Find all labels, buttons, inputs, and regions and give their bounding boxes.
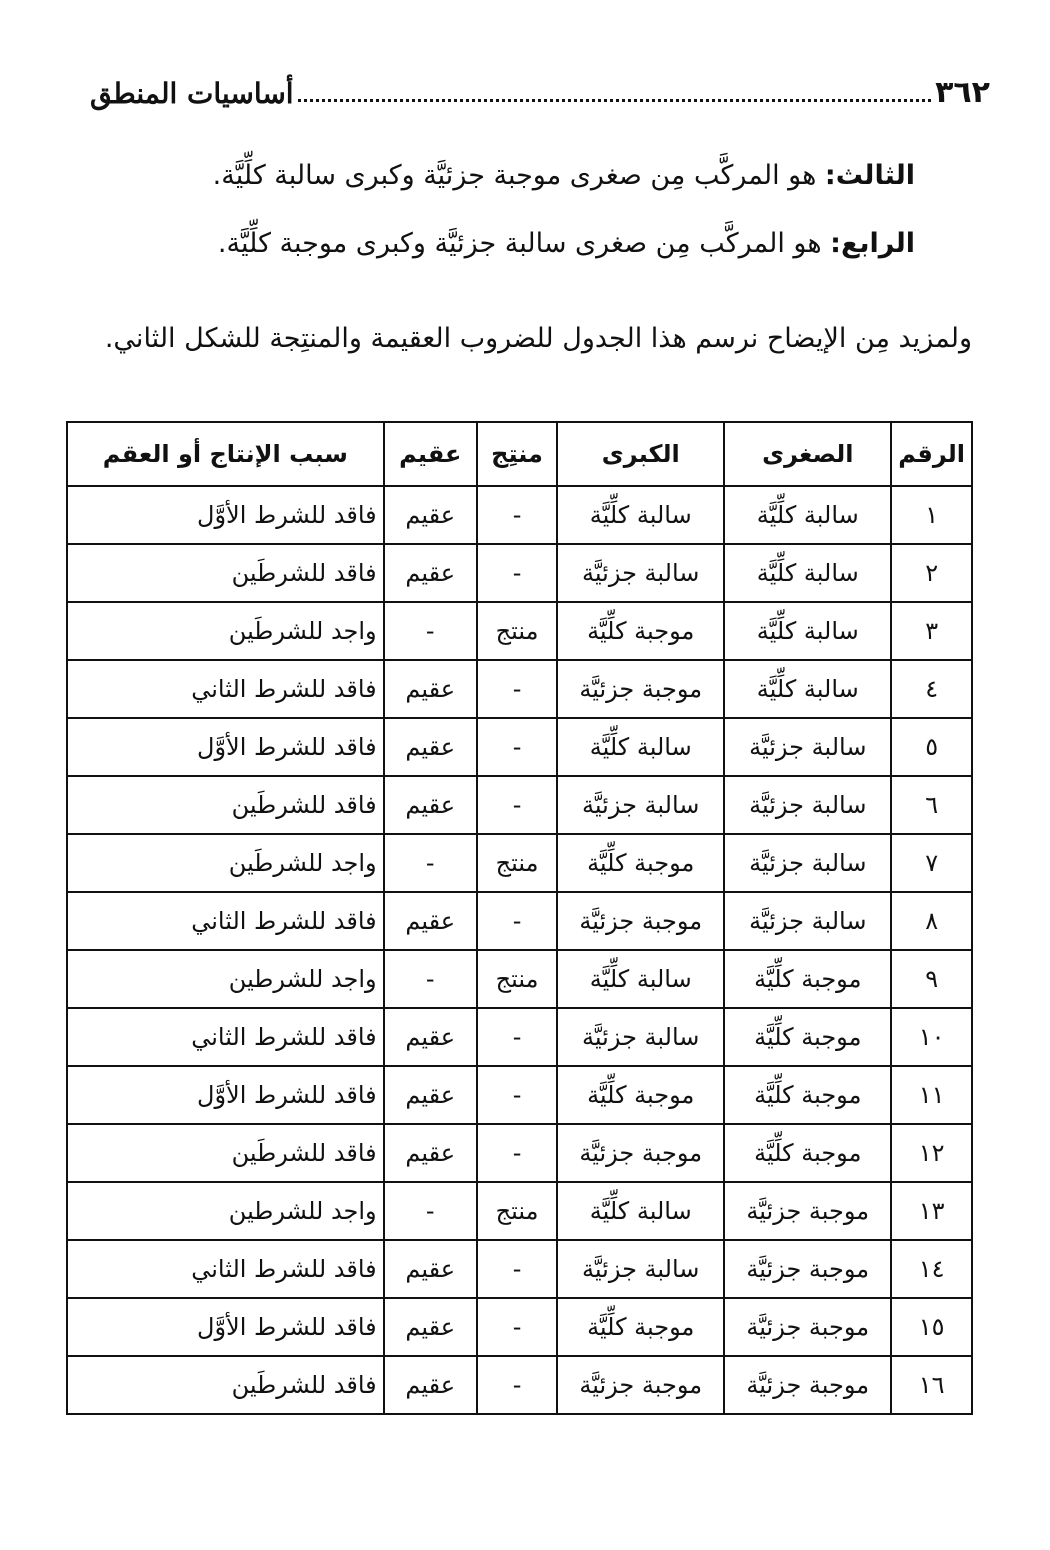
cell-number: ١ xyxy=(891,486,972,544)
cell-reason: فاقد للشرط الثاني xyxy=(67,660,384,718)
cell-major: سالبة جزئيَّة xyxy=(557,1008,724,1066)
cell-productive: - xyxy=(477,1356,557,1414)
table-row: ٤سالبة كلِّيَّةموجبة جزئيَّة-عقيمفاقد لل… xyxy=(67,660,972,718)
cell-minor: موجبة كلِّيَّة xyxy=(724,1008,891,1066)
cell-barren: عقيم xyxy=(384,1356,477,1414)
cell-barren: عقيم xyxy=(384,544,477,602)
table-row: ١سالبة كلِّيَّةسالبة كلِّيَّة-عقيمفاقد ل… xyxy=(67,486,972,544)
cell-reason: فاقد للشرط الثاني xyxy=(67,892,384,950)
cell-major: موجبة جزئيَّة xyxy=(557,660,724,718)
table-row: ١٠موجبة كلِّيَّةسالبة جزئيَّة-عقيمفاقد ل… xyxy=(67,1008,972,1066)
cell-minor: سالبة كلِّيَّة xyxy=(724,486,891,544)
cell-major: موجبة كلِّيَّة xyxy=(557,1066,724,1124)
header-minor: الصغرى xyxy=(724,422,891,486)
cell-major: موجبة جزئيَّة xyxy=(557,1124,724,1182)
table-row: ١٥موجبة جزئيَّةموجبة كلِّيَّة-عقيمفاقد ل… xyxy=(67,1298,972,1356)
table-row: ٦سالبة جزئيَّةسالبة جزئيَّة-عقيمفاقد للش… xyxy=(67,776,972,834)
paragraph-intro: ولمزيد مِن الإيضاح نرسم هذا الجدول للضرو… xyxy=(70,308,972,370)
cell-productive: - xyxy=(477,892,557,950)
syllogism-table: الرقم الصغرى الكبرى منتِج عقيم سبب الإنت… xyxy=(66,421,973,1415)
cell-number: ١٣ xyxy=(891,1182,972,1240)
leader-dots xyxy=(298,98,931,102)
paragraph-label: الرابع: xyxy=(830,228,915,259)
cell-reason: فاقد للشرطَين xyxy=(67,776,384,834)
cell-reason: فاقد للشرطَين xyxy=(67,1356,384,1414)
cell-productive: منتج xyxy=(477,602,557,660)
cell-reason: فاقد للشرط الأوَّل xyxy=(67,486,384,544)
table-row: ٨سالبة جزئيَّةموجبة جزئيَّة-عقيمفاقد للش… xyxy=(67,892,972,950)
cell-number: ١٠ xyxy=(891,1008,972,1066)
cell-number: ١١ xyxy=(891,1066,972,1124)
cell-minor: موجبة جزئيَّة xyxy=(724,1240,891,1298)
cell-number: ٢ xyxy=(891,544,972,602)
cell-major: موجبة كلِّيَّة xyxy=(557,834,724,892)
header-number: الرقم xyxy=(891,422,972,486)
paragraph-label: الثالث: xyxy=(825,160,915,191)
cell-productive: - xyxy=(477,1124,557,1182)
cell-barren: عقيم xyxy=(384,718,477,776)
cell-barren: - xyxy=(384,1182,477,1240)
cell-number: ٥ xyxy=(891,718,972,776)
table-row: ١٤موجبة جزئيَّةسالبة جزئيَّة-عقيمفاقد لل… xyxy=(67,1240,972,1298)
page-number: ٣٦٢ xyxy=(935,78,990,108)
cell-minor: سالبة كلِّيَّة xyxy=(724,660,891,718)
cell-minor: سالبة كلِّيَّة xyxy=(724,602,891,660)
cell-productive: - xyxy=(477,544,557,602)
cell-number: ٤ xyxy=(891,660,972,718)
cell-productive: - xyxy=(477,1008,557,1066)
table-row: ٢سالبة كلِّيَّةسالبة جزئيَّة-عقيمفاقد لل… xyxy=(67,544,972,602)
cell-number: ٧ xyxy=(891,834,972,892)
cell-number: ١٢ xyxy=(891,1124,972,1182)
cell-number: ١٤ xyxy=(891,1240,972,1298)
cell-major: موجبة جزئيَّة xyxy=(557,892,724,950)
cell-major: سالبة كلِّيَّة xyxy=(557,486,724,544)
table-row: ٩موجبة كلِّيَّةسالبة كلِّيَّةمنتج-واجد ل… xyxy=(67,950,972,1008)
paragraph-text: هو المركَّب مِن صغرى سالبة جزئيَّة وكبرى… xyxy=(218,228,830,259)
cell-number: ٩ xyxy=(891,950,972,1008)
cell-minor: سالبة جزئيَّة xyxy=(724,892,891,950)
cell-number: ٣ xyxy=(891,602,972,660)
cell-productive: - xyxy=(477,660,557,718)
cell-major: سالبة كلِّيَّة xyxy=(557,1182,724,1240)
header-productive: منتِج xyxy=(477,422,557,486)
cell-productive: - xyxy=(477,1066,557,1124)
cell-major: سالبة جزئيَّة xyxy=(557,1240,724,1298)
cell-barren: عقيم xyxy=(384,486,477,544)
table-row: ١٣موجبة جزئيَّةسالبة كلِّيَّةمنتج-واجد ل… xyxy=(67,1182,972,1240)
cell-minor: موجبة كلِّيَّة xyxy=(724,1124,891,1182)
cell-minor: موجبة كلِّيَّة xyxy=(724,1066,891,1124)
cell-barren: عقيم xyxy=(384,1240,477,1298)
cell-productive: منتج xyxy=(477,950,557,1008)
cell-reason: فاقد للشرطَين xyxy=(67,1124,384,1182)
cell-minor: موجبة جزئيَّة xyxy=(724,1182,891,1240)
cell-reason: فاقد للشرط الأوَّل xyxy=(67,1066,384,1124)
header-barren: عقيم xyxy=(384,422,477,486)
cell-productive: منتج xyxy=(477,1182,557,1240)
table-row: ٧سالبة جزئيَّةموجبة كلِّيَّةمنتج-واجد لل… xyxy=(67,834,972,892)
cell-major: سالبة جزئيَّة xyxy=(557,544,724,602)
cell-major: موجبة جزئيَّة xyxy=(557,1356,724,1414)
cell-major: سالبة كلِّيَّة xyxy=(557,718,724,776)
cell-productive: منتج xyxy=(477,834,557,892)
cell-major: موجبة كلِّيَّة xyxy=(557,602,724,660)
cell-reason: فاقد للشرطَين xyxy=(67,544,384,602)
cell-minor: سالبة جزئيَّة xyxy=(724,718,891,776)
cell-number: ١٦ xyxy=(891,1356,972,1414)
cell-reason: واجد للشرطين xyxy=(67,1182,384,1240)
header-reason: سبب الإنتاج أو العقم xyxy=(67,422,384,486)
cell-barren: - xyxy=(384,834,477,892)
cell-reason: فاقد للشرط الثاني xyxy=(67,1008,384,1066)
cell-major: موجبة كلِّيَّة xyxy=(557,1298,724,1356)
cell-barren: عقيم xyxy=(384,1008,477,1066)
paragraph-text: هو المركَّب مِن صغرى موجبة جزئيَّة وكبرى… xyxy=(213,160,825,191)
table-row: ١٦موجبة جزئيَّةموجبة جزئيَّة-عقيمفاقد لل… xyxy=(67,1356,972,1414)
cell-barren: عقيم xyxy=(384,1066,477,1124)
cell-reason: فاقد للشرط الأوَّل xyxy=(67,1298,384,1356)
cell-productive: - xyxy=(477,1298,557,1356)
cell-minor: موجبة جزئيَّة xyxy=(724,1356,891,1414)
cell-productive: - xyxy=(477,718,557,776)
cell-minor: سالبة كلِّيَّة xyxy=(724,544,891,602)
cell-number: ١٥ xyxy=(891,1298,972,1356)
cell-minor: سالبة جزئيَّة xyxy=(724,776,891,834)
cell-minor: موجبة جزئيَّة xyxy=(724,1298,891,1356)
cell-barren: - xyxy=(384,950,477,1008)
cell-major: سالبة جزئيَّة xyxy=(557,776,724,834)
cell-number: ٨ xyxy=(891,892,972,950)
paragraph-fourth: الرابع: هو المركَّب مِن صغرى سالبة جزئيَ… xyxy=(218,228,915,260)
cell-minor: سالبة جزئيَّة xyxy=(724,834,891,892)
table-header-row: الرقم الصغرى الكبرى منتِج عقيم سبب الإنت… xyxy=(67,422,972,486)
table-row: ٣سالبة كلِّيَّةموجبة كلِّيَّةمنتج-واجد ل… xyxy=(67,602,972,660)
cell-barren: عقيم xyxy=(384,1298,477,1356)
cell-barren: عقيم xyxy=(384,892,477,950)
table-row: ١٢موجبة كلِّيَّةموجبة جزئيَّة-عقيمفاقد ل… xyxy=(67,1124,972,1182)
cell-barren: - xyxy=(384,602,477,660)
header-major: الكبرى xyxy=(557,422,724,486)
cell-reason: فاقد للشرط الثاني xyxy=(67,1240,384,1298)
cell-minor: موجبة كلِّيَّة xyxy=(724,950,891,1008)
cell-major: سالبة كلِّيَّة xyxy=(557,950,724,1008)
cell-barren: عقيم xyxy=(384,776,477,834)
cell-reason: واجد للشرطَين xyxy=(67,834,384,892)
running-title: أساسيات المنطق xyxy=(90,80,294,108)
table-row: ١١موجبة كلِّيَّةموجبة كلِّيَّة-عقيمفاقد … xyxy=(67,1066,972,1124)
cell-barren: عقيم xyxy=(384,1124,477,1182)
table-row: ٥سالبة جزئيَّةسالبة كلِّيَّة-عقيمفاقد لل… xyxy=(67,718,972,776)
cell-productive: - xyxy=(477,1240,557,1298)
cell-reason: واجد للشرطَين xyxy=(67,602,384,660)
paragraph-third: الثالث: هو المركَّب مِن صغرى موجبة جزئيَ… xyxy=(213,160,915,192)
cell-reason: فاقد للشرط الأوَّل xyxy=(67,718,384,776)
cell-number: ٦ xyxy=(891,776,972,834)
cell-productive: - xyxy=(477,776,557,834)
page-header: ٣٦٢ أساسيات المنطق xyxy=(90,62,990,108)
cell-productive: - xyxy=(477,486,557,544)
cell-barren: عقيم xyxy=(384,660,477,718)
cell-reason: واجد للشرطين xyxy=(67,950,384,1008)
